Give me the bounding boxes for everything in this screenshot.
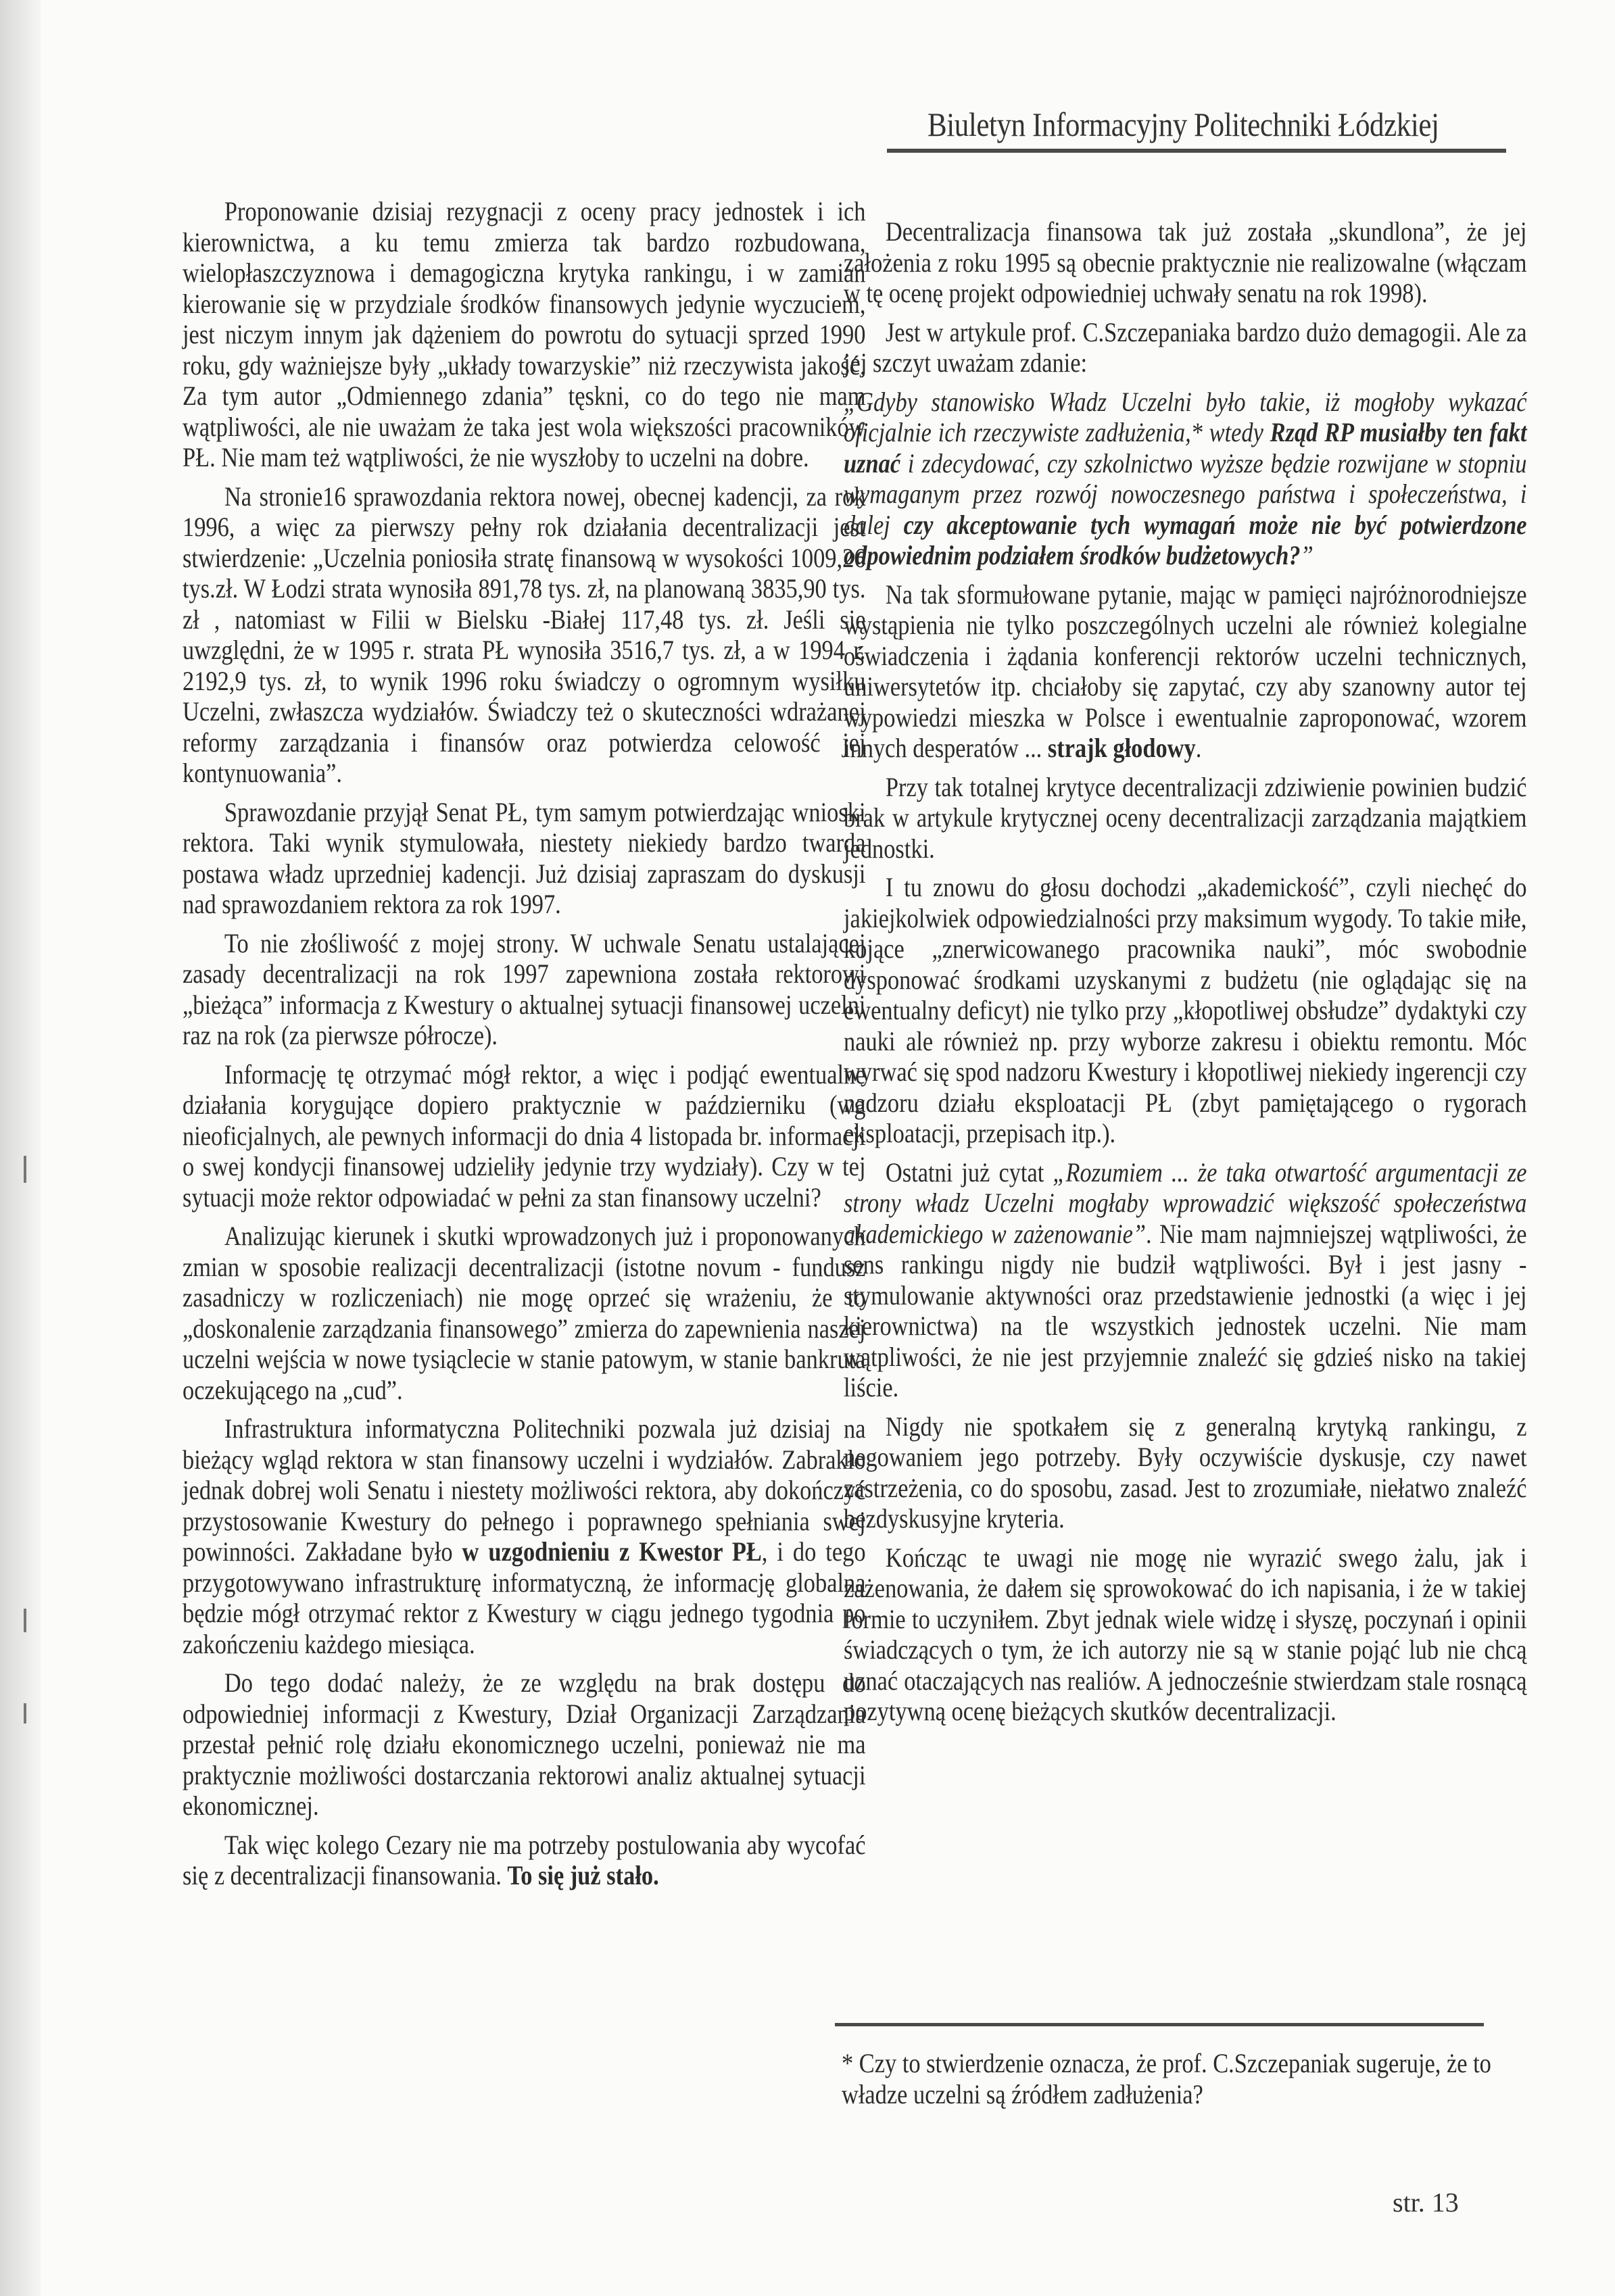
left-column: Proponowanie dzisiaj rezygnacji z oceny …: [183, 196, 865, 1899]
paragraph: Nigdy nie spotkałem się z generalną kryt…: [844, 1411, 1527, 1534]
bold-text: strajk głodowy: [1048, 733, 1196, 763]
scan-binding-shadow: [0, 0, 41, 2296]
paragraph: Decentralizacja finansowa tak już został…: [844, 216, 1527, 309]
paragraph: Ostatni już cytat „Rozumiem ... że taka …: [844, 1157, 1527, 1403]
margin-mark: [24, 1703, 26, 1724]
header-rule: [887, 149, 1506, 153]
paragraph: Na tak sformułowane pytanie, mając w pam…: [844, 579, 1527, 764]
paragraph: Kończąc te uwagi nie mogę nie wyrazić sw…: [844, 1542, 1527, 1727]
document-page: Biuletyn Informacyjny Politechniki Łódzk…: [0, 0, 1615, 2296]
paragraph: Sprawozdanie przyjął Senat PŁ, tym samym…: [183, 797, 866, 920]
footnote-rule: [835, 2023, 1484, 2026]
paragraph: Proponowanie dzisiaj rezygnacji z oceny …: [183, 196, 866, 473]
right-column: Decentralizacja finansowa tak już został…: [844, 216, 1526, 1735]
paragraph: Analizując kierunek i skutki wprowadzony…: [183, 1221, 866, 1405]
running-header: Biuletyn Informacyjny Politechniki Łódzk…: [927, 105, 1439, 144]
text-run: ”: [1301, 540, 1313, 570]
margin-mark: [24, 1156, 26, 1183]
margin-mark: [24, 1609, 26, 1632]
bold-text: w uzgodnieniu z Kwestor PŁ: [462, 1536, 762, 1567]
paragraph: Do tego dodać należy, że ze względu na b…: [183, 1667, 866, 1822]
paragraph: Infrastruktura informatyczna Politechnik…: [183, 1413, 866, 1659]
paragraph: To nie złośliwość z mojej strony. W uchw…: [183, 928, 866, 1051]
paragraph: Informację tę otrzymać mógł rektor, a wi…: [183, 1059, 866, 1213]
footnote: * Czy to stwierdzenie oznacza, że prof. …: [842, 2048, 1510, 2110]
text-run: Ostatni już cytat: [886, 1157, 1053, 1188]
bold-text: czy akceptowanie tych wymagań może nie b…: [844, 510, 1527, 571]
text-run: .: [1196, 733, 1202, 763]
paragraph: Tak więc kolego Cezary nie ma potrzeby p…: [183, 1830, 866, 1891]
bold-text: To się już stało.: [507, 1860, 658, 1890]
page-number: str. 13: [1393, 2187, 1459, 2218]
paragraph: Jest w artykule prof. C.Szczepaniaka bar…: [844, 317, 1527, 378]
paragraph: Na stronie16 sprawozdania rektora nowej,…: [183, 481, 866, 789]
quotation: „Gdyby stanowisko Władz Uczelni było tak…: [844, 387, 1527, 571]
paragraph: I tu znowu do głosu dochodzi „akademicko…: [844, 872, 1527, 1149]
paragraph: Przy tak totalnej krytyce decentralizacj…: [844, 772, 1527, 864]
